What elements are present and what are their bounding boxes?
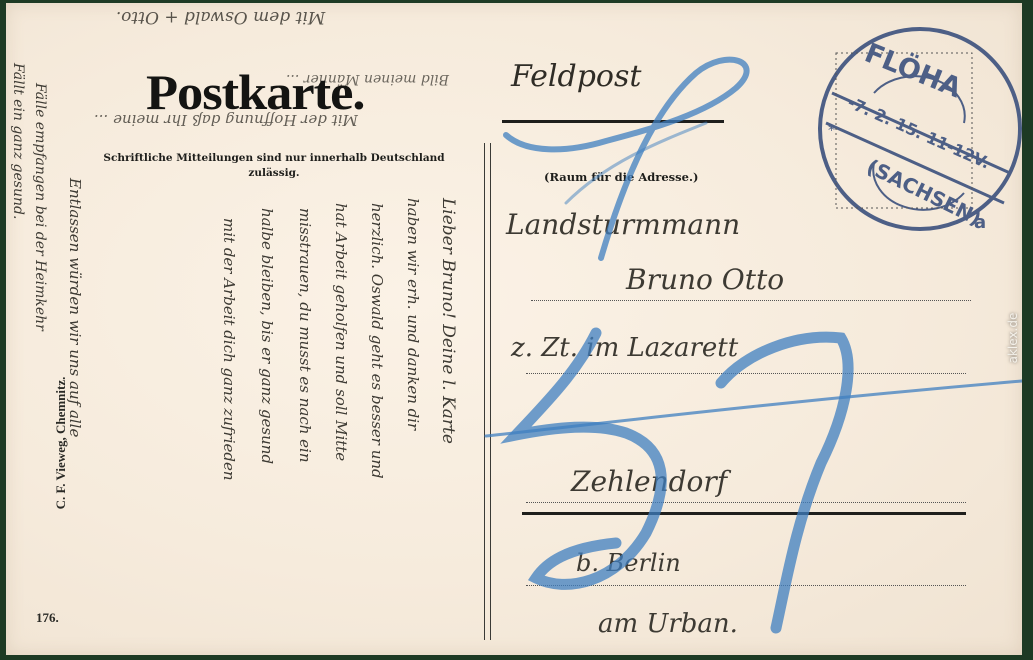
postmark-stamp: FLÖHA -7. 2. 15. 11-12V. (SACHSEN) a *: [814, 23, 1022, 235]
watermark: aklex.de: [1002, 303, 1022, 373]
svg-text:-7. 2. 15. 11-12V.: -7. 2. 15. 11-12V.: [845, 93, 993, 173]
svg-text:a: a: [974, 212, 986, 233]
svg-text:*: *: [828, 123, 835, 139]
postcard: Mit dem Oswald + Otto. Bild meinen Männe…: [6, 3, 1022, 655]
svg-text:FLÖHA: FLÖHA: [860, 36, 966, 105]
